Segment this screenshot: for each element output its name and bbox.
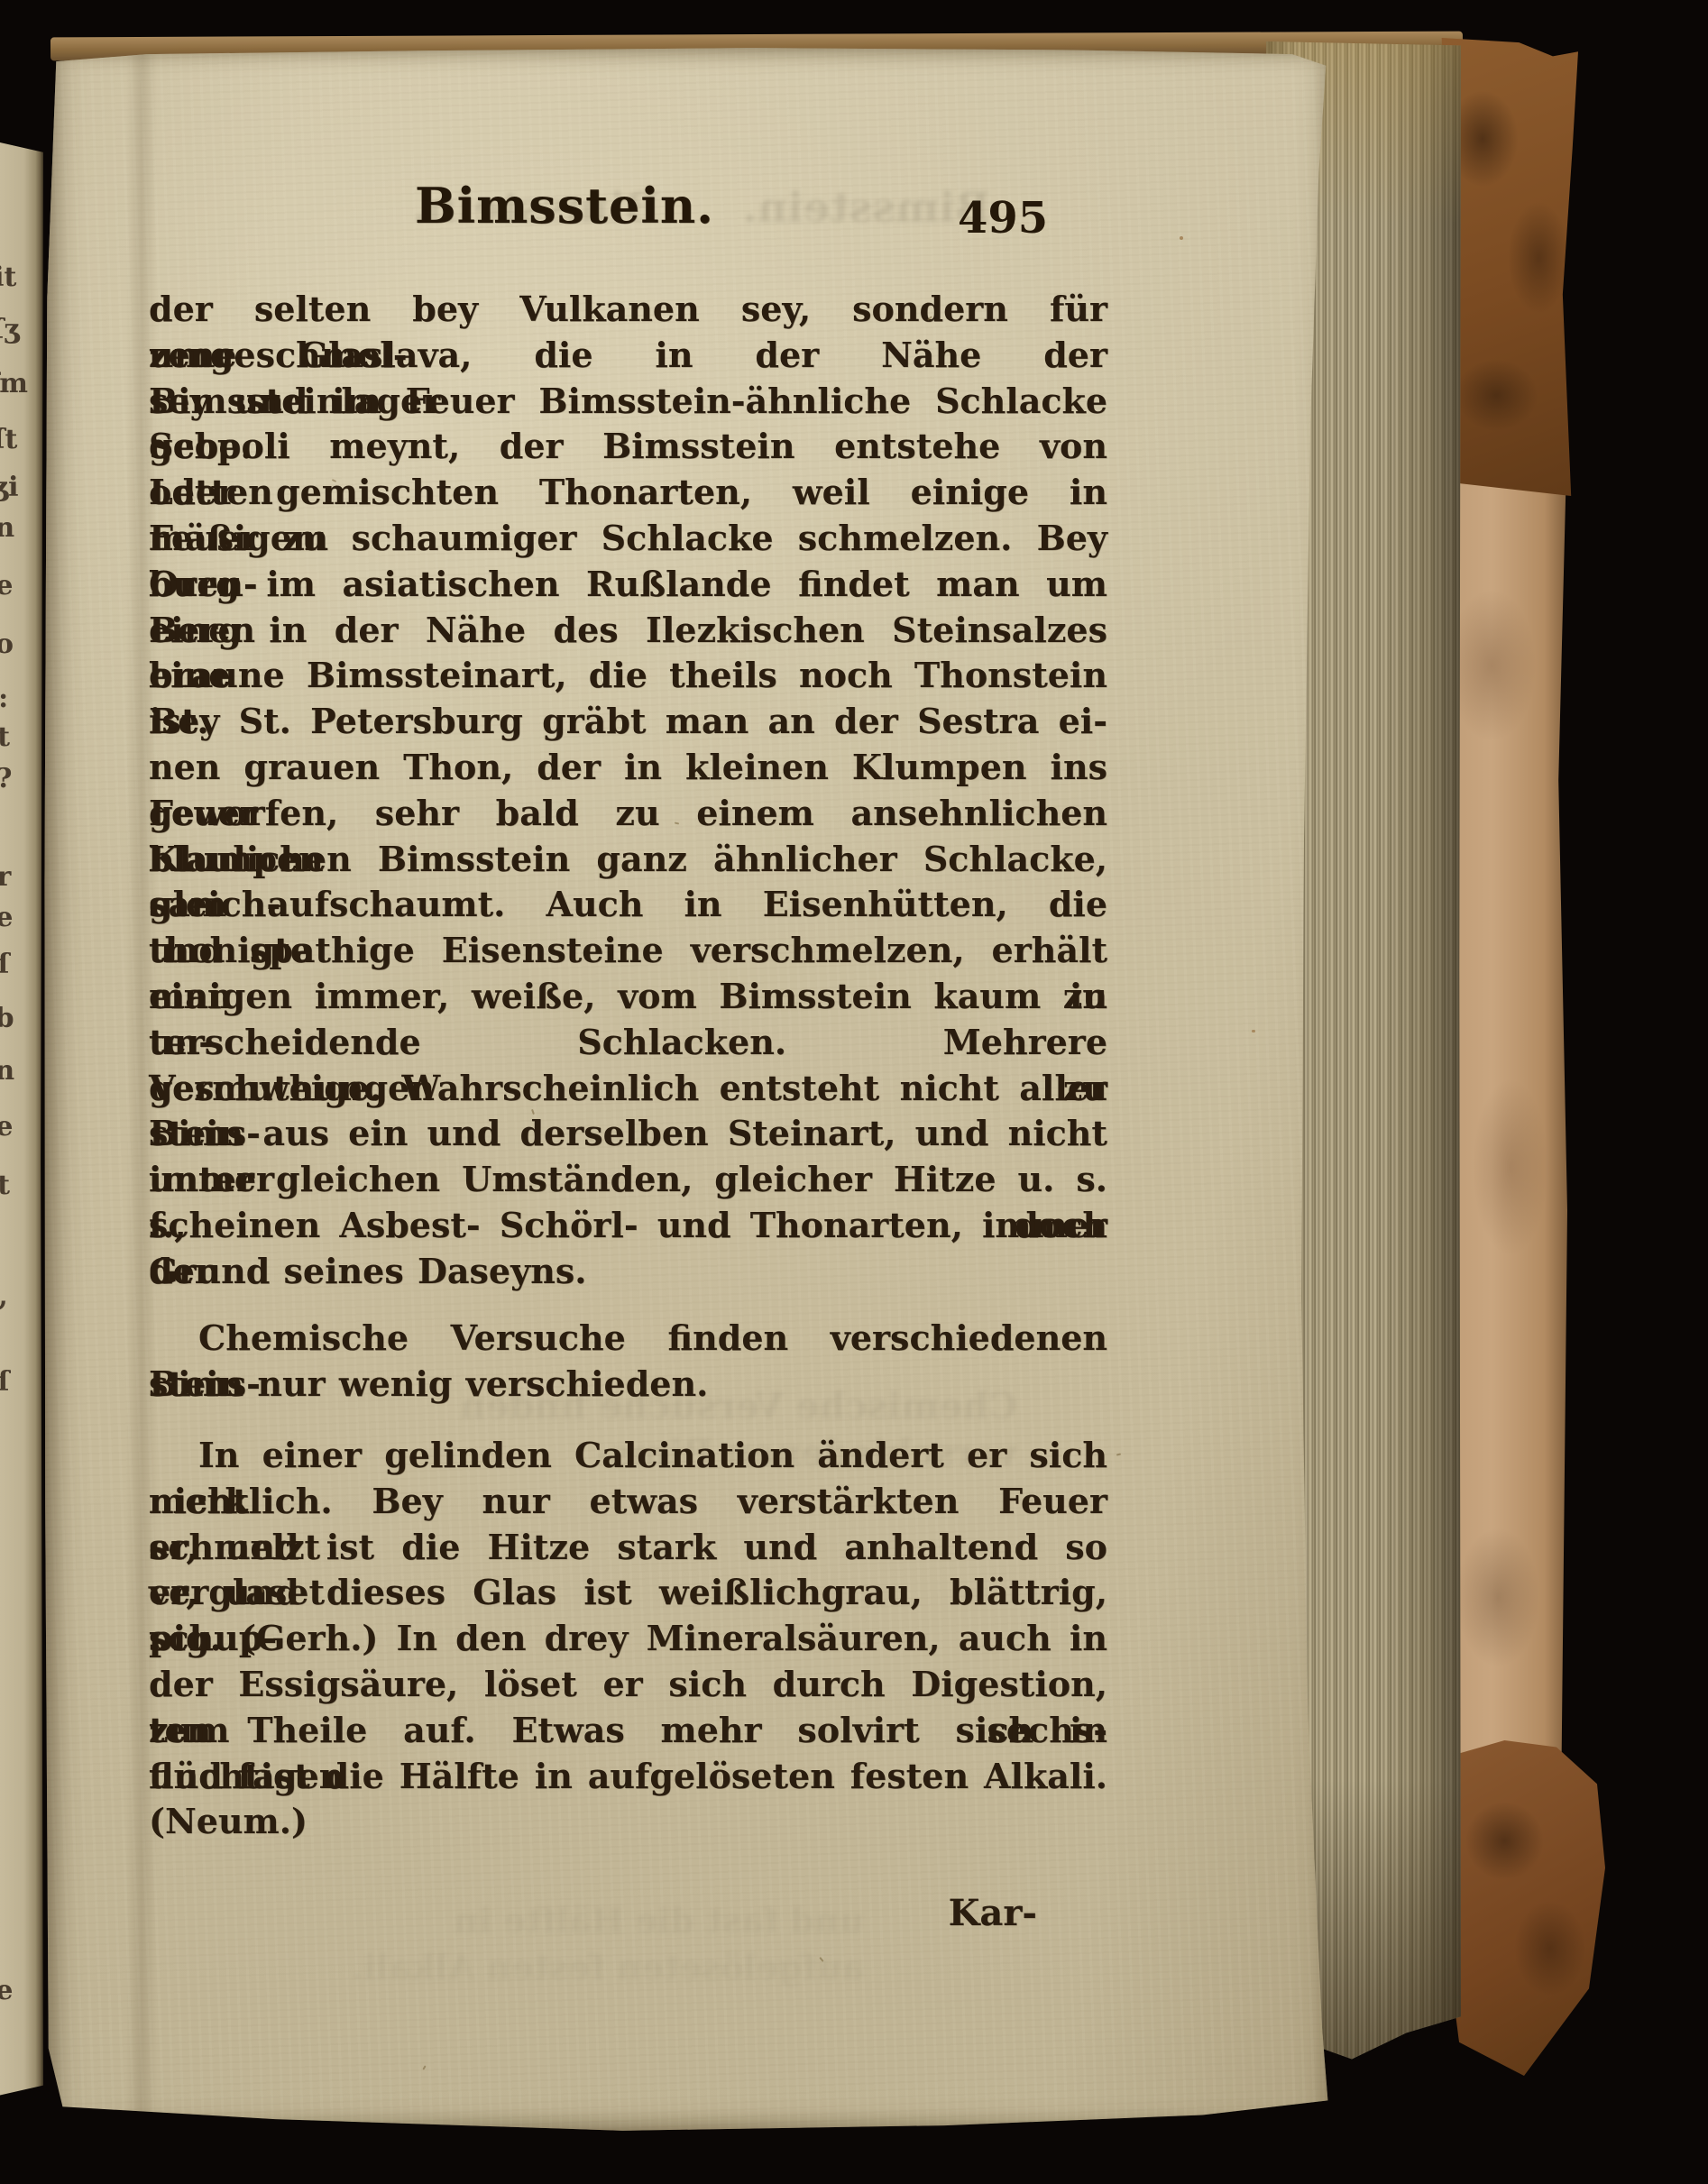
book-cover-leather-bottom bbox=[1443, 1740, 1605, 2076]
margin-text-fragment: ʒi bbox=[0, 472, 18, 503]
paragraph: der selten bey Vulkanen sey, sondern für… bbox=[149, 287, 1107, 1295]
text-line: burg im asiatischen Rußlande findet man … bbox=[149, 562, 1107, 608]
margin-text-fragment: fm bbox=[0, 368, 28, 399]
text-line: der Essigsäure, löset er sich durch Dige… bbox=[149, 1662, 1107, 1708]
margin-text-fragment: e bbox=[0, 1111, 13, 1142]
text-line: er, und dieses Glas ist weißlichgrau, bl… bbox=[149, 1570, 1107, 1616]
margin-text-fragment: ? bbox=[0, 763, 12, 794]
text-line: und fast die Hälfte in aufgelöseten fest… bbox=[149, 1754, 1107, 1800]
text-line: sey und im Feuer Bimsstein-ähnliche Schl… bbox=[149, 379, 1107, 425]
text-line: nen grauen Thon, der in kleinen Klumpen … bbox=[149, 745, 1107, 791]
text-line: pig. (Gerh.) In den drey Mineralsäuren, … bbox=[149, 1616, 1107, 1662]
margin-text-fragment: r bbox=[0, 861, 11, 893]
text-line: und spathige Eisensteine verschmelzen, e… bbox=[149, 928, 1107, 974]
text-line: merklich. Bey nur etwas verstärkten Feue… bbox=[149, 1479, 1107, 1525]
text-line: Scopoli meynt, der Bimsstein entstehe vo… bbox=[149, 424, 1107, 470]
page-text: der selten bey Vulkanen sey, sondern für… bbox=[43, 47, 1331, 2132]
text-line: stein aus ein und derselben Steinart, un… bbox=[149, 1111, 1107, 1157]
text-line: oder gemischten Thonarten, weil einige i… bbox=[149, 470, 1107, 516]
text-line: braune Bimssteinart, die theils noch Tho… bbox=[149, 653, 1107, 699]
book-scan: itſʒfmſtʒineo:t?reſbnet,ſe Bimsstein. Bi… bbox=[0, 0, 1708, 2184]
text-line: sam aufschaumt. Auch in Eisenhütten, die… bbox=[149, 882, 1107, 928]
paper-fleck bbox=[1180, 236, 1183, 240]
margin-text-fragment: e bbox=[0, 1975, 13, 2006]
catchword: Kar- bbox=[884, 1892, 1037, 1935]
margin-text-fragment: e bbox=[0, 570, 13, 601]
margin-text-fragment: it bbox=[0, 262, 16, 293]
paper-fleck bbox=[1252, 1030, 1255, 1032]
text-line: terscheidende Schlacken. Mehrere Vermuth… bbox=[149, 1020, 1107, 1066]
margin-text-fragment: : bbox=[0, 683, 8, 714]
text-line: scheinen Asbest- Schörl- und Thonarten, … bbox=[149, 1203, 1107, 1249]
text-line: einigen immer, weiße, vom Bimsstein kaum… bbox=[149, 974, 1107, 1020]
margin-text-fragment: , bbox=[0, 1280, 8, 1312]
margin-text-fragment: n bbox=[0, 512, 14, 544]
text-line: Berg in der Nähe des Ilezkischen Steinsa… bbox=[149, 608, 1107, 654]
text-line: Chemische Versuche finden verschiedenen … bbox=[149, 1316, 1107, 1362]
margin-text-fragment: t bbox=[0, 1170, 10, 1201]
text-line: unter gleichen Umständen, gleicher Hitze… bbox=[149, 1157, 1107, 1203]
margin-text-fragment: b bbox=[0, 1003, 14, 1034]
adjacent-page-edge: itſʒfmſtʒineo:t?reſbnet,ſe bbox=[0, 142, 43, 2101]
text-line: er, und ist die Hitze stark und anhalten… bbox=[149, 1525, 1107, 1571]
text-line: der selten bey Vulkanen sey, sondern für… bbox=[149, 287, 1107, 333]
text-line: Feuer zu schaumiger Schlacke schmelzen. … bbox=[149, 516, 1107, 562]
text-line: In einer gelinden Calcination ändert er … bbox=[149, 1433, 1107, 1479]
text-line: blaulichen Bimsstein ganz ähnlicher Schl… bbox=[149, 837, 1107, 883]
text-line: geschweige. Wahrscheinlich entsteht nich… bbox=[149, 1066, 1107, 1112]
margin-text-fragment: ſt bbox=[0, 424, 17, 455]
margin-text-fragment: n bbox=[0, 1055, 14, 1087]
margin-text-fragment: o bbox=[0, 629, 14, 660]
text-line: zene Glaslava, die in der Nähe der Bimss… bbox=[149, 333, 1107, 379]
margin-text-fragment: ſʒ bbox=[0, 314, 19, 345]
margin-text-fragment: ſ bbox=[0, 1366, 9, 1398]
paragraph: Chemische Versuche finden verschiedenen … bbox=[149, 1316, 1107, 1408]
text-line: (Neum.) bbox=[149, 1799, 1107, 1845]
margin-text-fragment: ſ bbox=[0, 949, 9, 980]
text-line: Grund seines Daseyns. bbox=[149, 1249, 1107, 1295]
text-line: geworfen, sehr bald zu einem ansehnliche… bbox=[149, 791, 1107, 837]
text-line: Bey St. Petersburg gräbt man an der Sest… bbox=[149, 699, 1107, 745]
text-line: stein nur wenig verschieden. bbox=[149, 1362, 1107, 1408]
paragraph: In einer gelinden Calcination ändert er … bbox=[149, 1433, 1107, 1845]
book-page: Bimsstein. Bimsstein. Chemische Versuche… bbox=[43, 47, 1331, 2132]
margin-text-fragment: e bbox=[0, 902, 13, 933]
text-line: ten Theile auf. Etwas mehr solvirt sich … bbox=[149, 1708, 1107, 1754]
margin-text-fragment: t bbox=[0, 721, 10, 753]
